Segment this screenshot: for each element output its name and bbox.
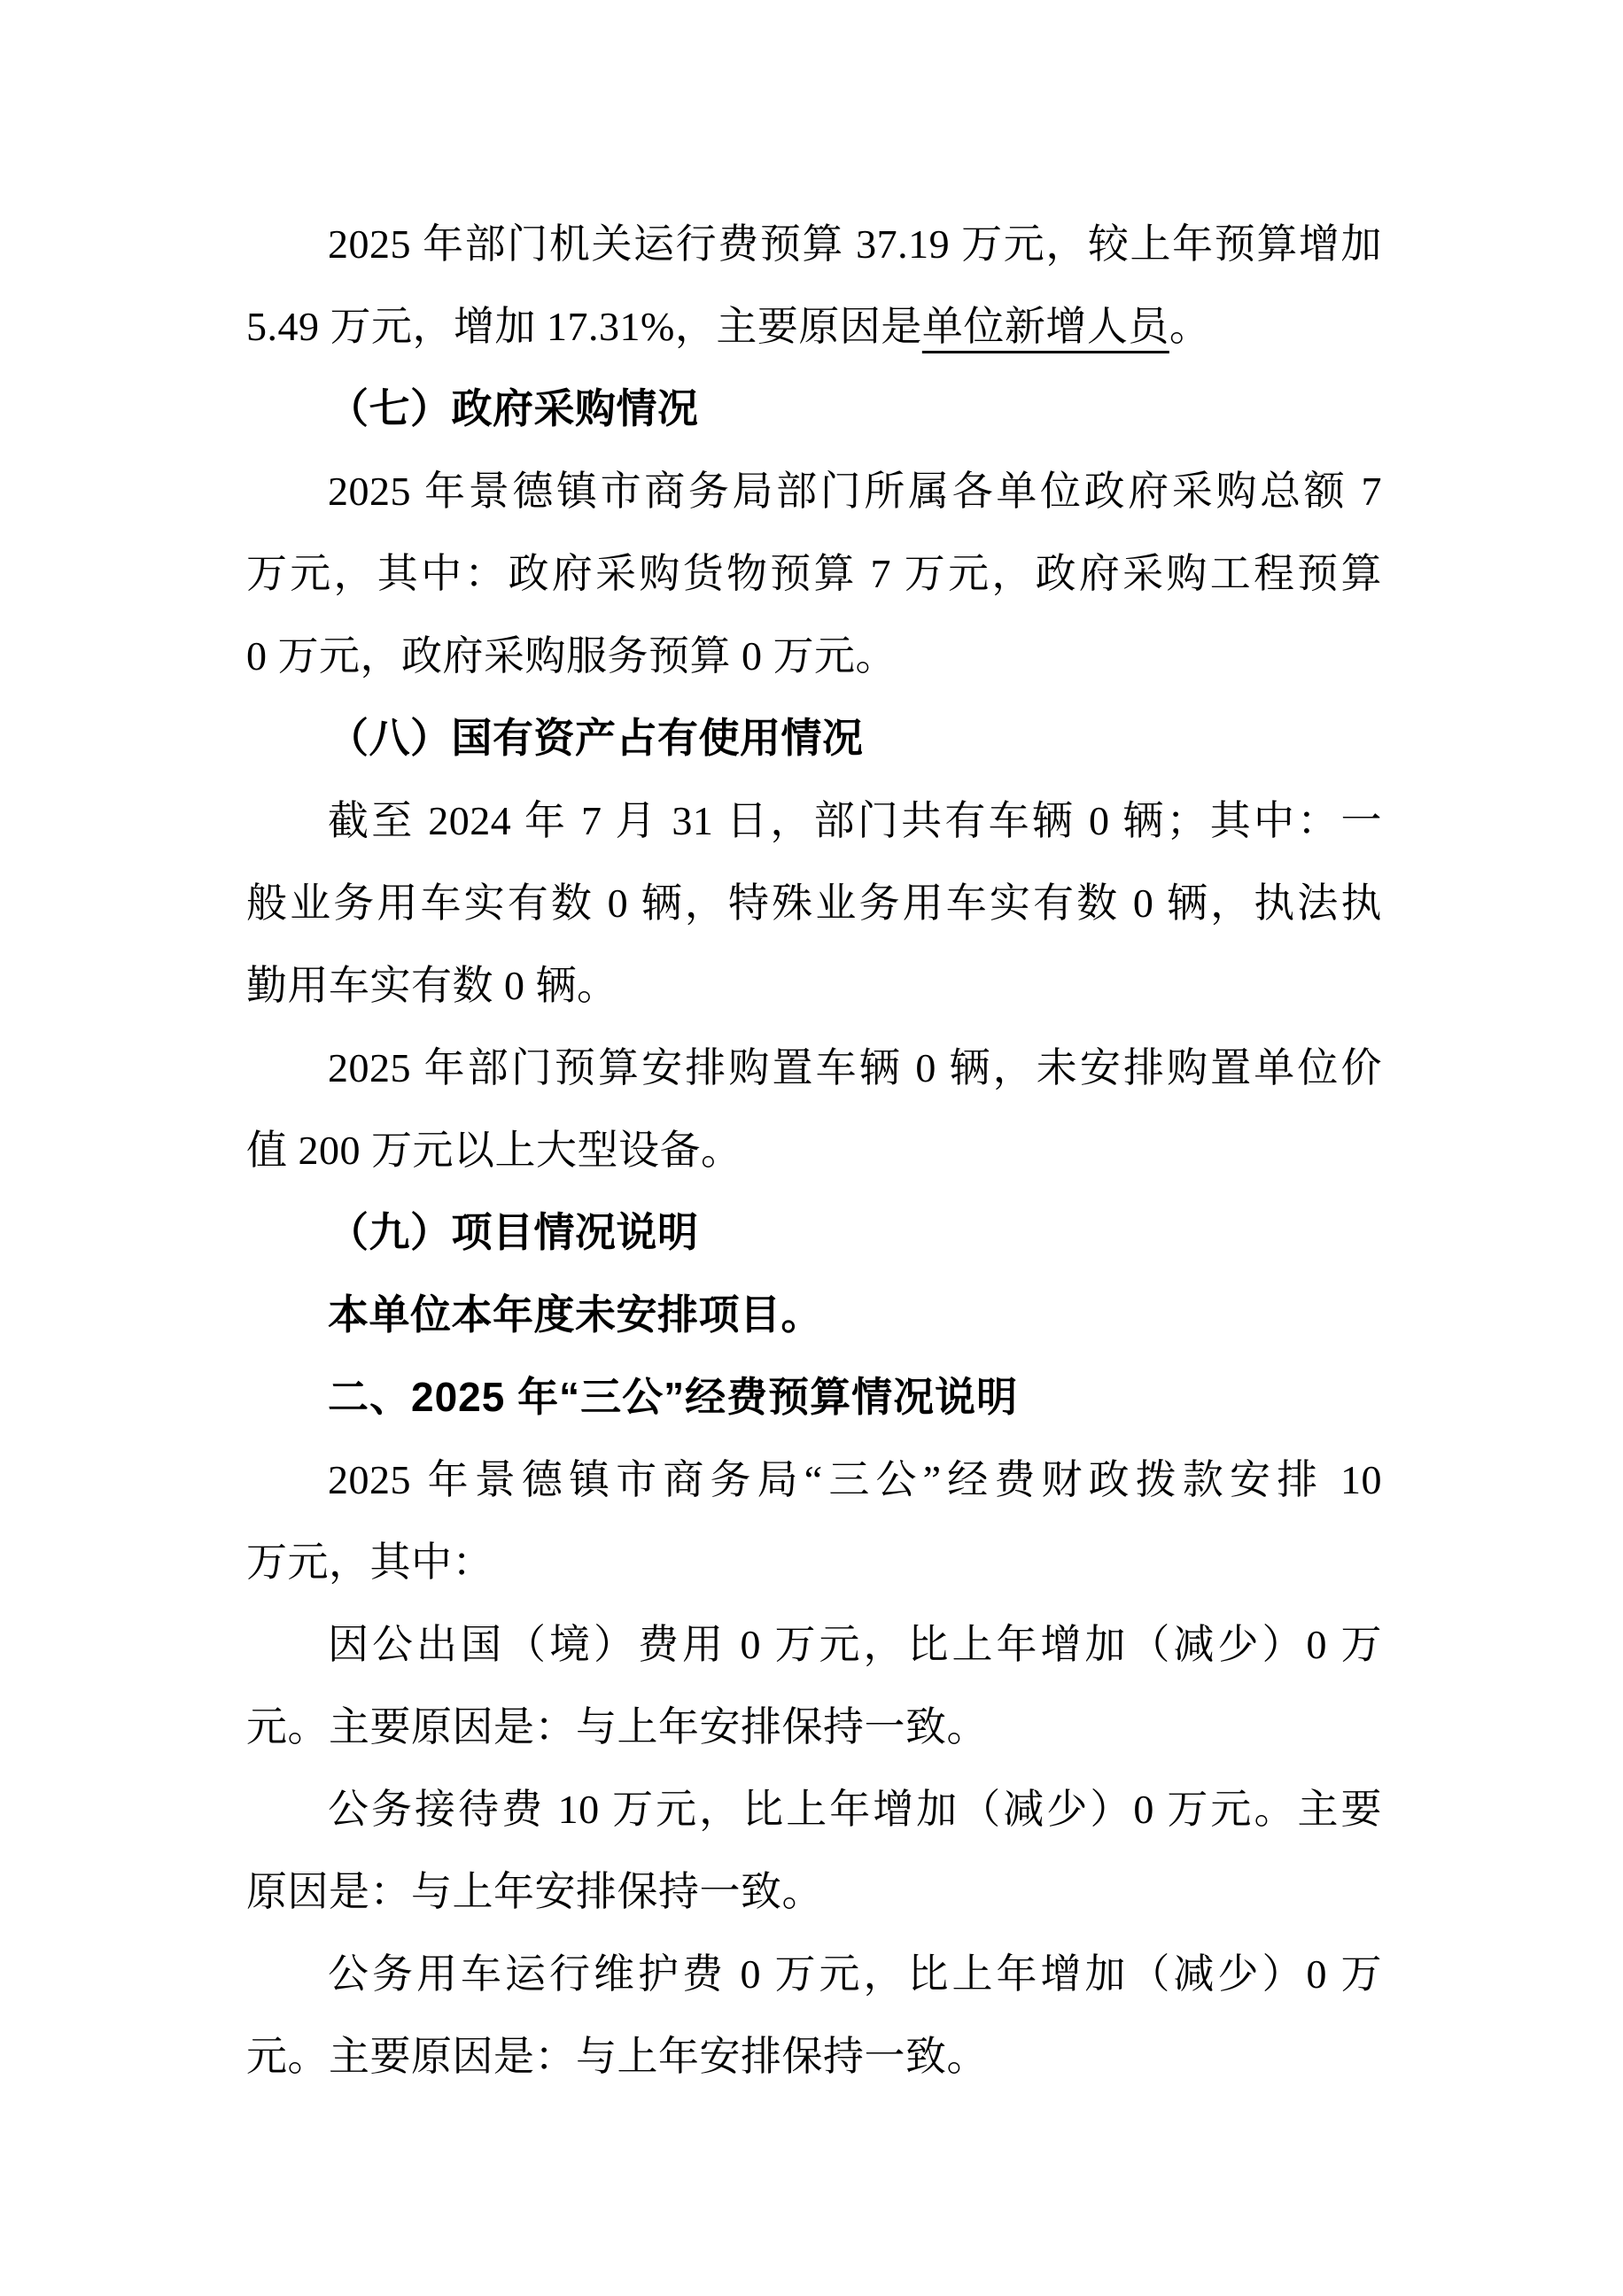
body-line-of-which: 万元，其中： — [246, 1521, 1382, 1603]
body-line-vehicle-maintenance-reason: 元。主要原因是：与上年安排保持一致。 — [246, 2015, 1382, 2098]
heading-section-9-projects: （九）项目情况说明 — [246, 1191, 1382, 1274]
body-line-vehicles-duty: 勤用车实有数 0 辆。 — [246, 944, 1382, 1027]
heading-section-8-state-assets: （八）国有资产占有使用情况 — [246, 697, 1382, 780]
body-line-reception-reason: 原因是：与上年安排保持一致。 — [246, 1850, 1382, 1933]
body-text: 。 — [1169, 304, 1211, 349]
body-line-vehicle-purchase: 2025 年部门预算安排购置车辆 0 辆，未安排购置单位价 — [246, 1027, 1382, 1109]
body-line-vehicle-maintenance-expense: 公务用车运行维护费 0 万元，比上年增加（减少）0 万 — [246, 1933, 1382, 2015]
body-line-large-equipment: 值 200 万元以上大型设备。 — [246, 1109, 1382, 1191]
underlined-text: 单位新增人员 — [922, 304, 1169, 349]
body-line-machine-running-cost: 2025 年部门机关运行费预算 37.19 万元，较上年预算增加 — [246, 203, 1382, 285]
body-line-no-projects: 本单位本年度未安排项目。 — [246, 1274, 1382, 1356]
heading-part-2-three-public-funds: 二、2025 年“三公”经费预算情况说明 — [246, 1356, 1382, 1439]
body-text: 5.49 万元，增加 17.31%，主要原因是 — [246, 304, 922, 349]
body-line-vehicles-detail: 般业务用车实有数 0 辆，特殊业务用车实有数 0 辆，执法执 — [246, 862, 1382, 944]
body-line-procurement-total: 2025 年景德镇市商务局部门所属各单位政府采购总额 7 — [246, 450, 1382, 532]
body-line-reception-expense: 公务接待费 10 万元，比上年增加（减少）0 万元。主要 — [246, 1768, 1382, 1850]
body-line-procurement-services: 0 万元，政府采购服务预算 0 万元。 — [246, 615, 1382, 697]
body-line-vehicles-asof: 截至 2024 年 7 月 31 日，部门共有车辆 0 辆；其中：一 — [246, 780, 1382, 862]
body-line-abroad-reason: 元。主要原因是：与上年安排保持一致。 — [246, 1686, 1382, 1768]
body-line-procurement-goods: 万元，其中：政府采购货物预算 7 万元，政府采购工程预算 — [246, 532, 1382, 615]
body-line-increase-reason: 5.49 万元，增加 17.31%，主要原因是单位新增人员。 — [246, 285, 1382, 368]
heading-section-7-government-procurement: （七）政府采购情况 — [246, 368, 1382, 450]
document-text-block: 2025 年部门机关运行费预算 37.19 万元，较上年预算增加 5.49 万元… — [246, 203, 1382, 2098]
body-line-three-public-total: 2025 年景德镇市商务局“三公”经费财政拨款安排 10 — [246, 1439, 1382, 1521]
body-line-abroad-expense: 因公出国（境）费用 0 万元，比上年增加（减少）0 万 — [246, 1603, 1382, 1686]
document-page: 2025 年部门机关运行费预算 37.19 万元，较上年预算增加 5.49 万元… — [0, 0, 1623, 2296]
